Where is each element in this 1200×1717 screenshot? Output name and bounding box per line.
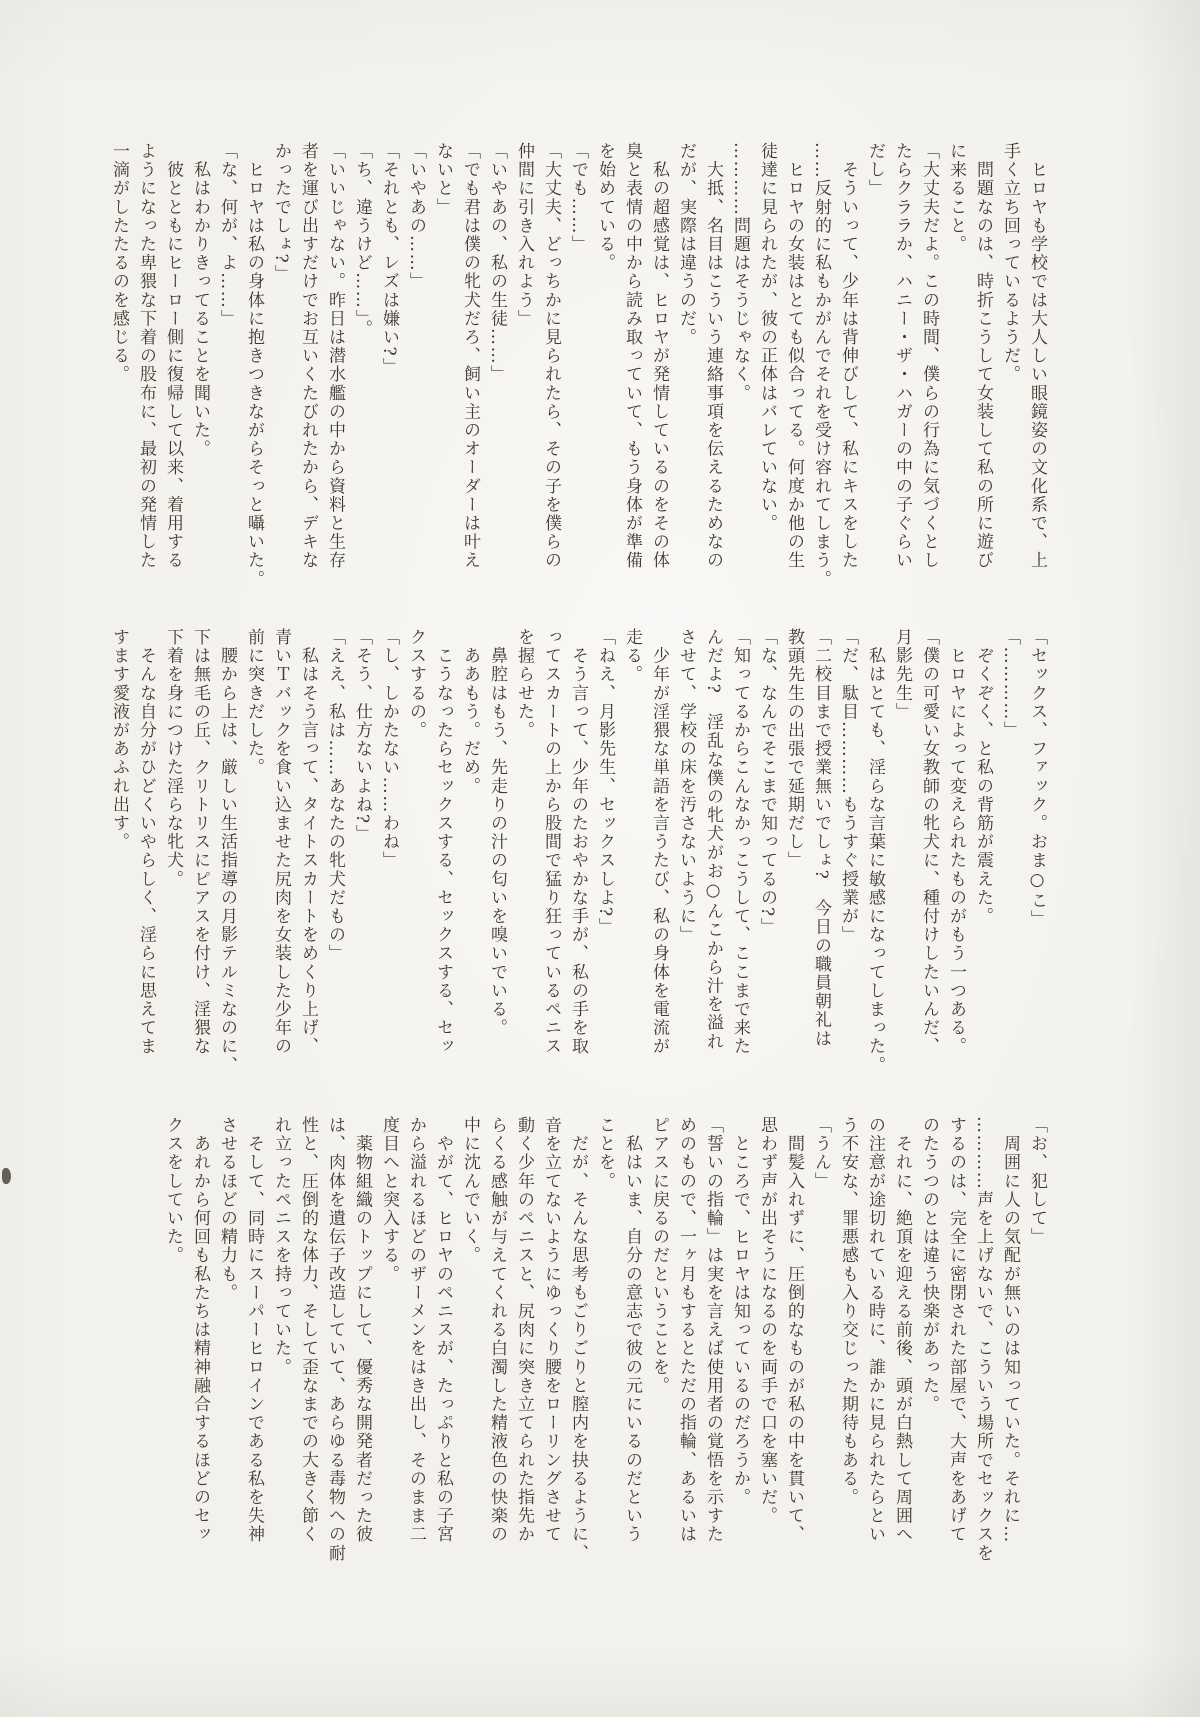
text-column: だが、そんな思考もごりごりと膣内を抉るように、 [564,1116,591,1566]
text-column: 私はそう言って、タイトスカートをめくり上げ、 [294,628,321,1090]
text-column: 私はわかりきってることを聞いた。 [186,142,213,582]
text-column: 徒達に見られたが、彼の正体はバレていない。 [753,142,780,582]
text-column: ピアスに戻るのだということを。 [645,1116,672,1566]
text-column: う不安な、罪悪感も入り交じった期待もある。 [834,1116,861,1566]
text-column: させるほどの精力も。 [213,1116,240,1566]
text-column: らくる感触が与えてくれる白濁した精液色の快楽の [483,1116,510,1566]
text-block-bottom: 「お、犯して」 周囲に人の気配が無いのは知っていた。それに……………声を上げない… [159,1116,1050,1566]
text-column: 「でも……」 [564,142,591,582]
text-column: 周囲に人の気配が無いのは知っていた。それに… [996,1116,1023,1566]
text-column: ってスカートの上から股間で猛り狂っているペニス [537,628,564,1090]
text-column: 「それとも、レズは嫌い?」 [375,142,402,582]
text-block-top: ヒロヤも学校では大人しい眼鏡姿の文化系で、上手く立ち回っているようだ。 問題なの… [105,142,1050,582]
text-column: あれから何回も私たちは精神融合するほどのセッ [186,1116,213,1566]
text-column: させて、学校の床を汚さないように」 [672,628,699,1090]
text-column: 走る。 [618,628,645,1090]
text-column: 前に突きだした。 [240,628,267,1090]
text-column: ヒロヤの女装はとても似合ってる。何度か他の生 [780,142,807,582]
text-column: 下着を身につけた淫らな牝犬。 [159,628,186,1090]
text-column: 私はいま、自分の意志で彼の元にいるのだという [618,1116,645,1566]
text-column: 「だ、駄目…………もうすぐ授業が」 [834,628,861,1090]
text-column: 「でも君は僕の牝犬だろ、飼い主のオーダーは叶え [456,142,483,582]
text-column: ヒロヤによって変えられたものがもう一つある。 [942,628,969,1090]
text-column: やがて、ヒロヤのペニスが、たっぷりと私の子宮 [429,1116,456,1566]
text-column: 「僕の可愛い女教師の牝犬に、種付けしたいんだ、 [915,628,942,1090]
text-column: だが、実際は違うのだ。 [672,142,699,582]
text-column: …………声を上げないで、こういう場所でセックスを [969,1116,996,1566]
text-column: ようになった卑猥な下着の股布に、最初の発情した [132,142,159,582]
text-column: 「いいじゃない。昨日は潜水艦の中から資料と生存 [321,142,348,582]
text-column: 「大丈夫、どっちかに見られたら、その子を僕らの [537,142,564,582]
text-column: ないと」 [429,142,456,582]
text-column: かったでしょ?」 [267,142,294,582]
scanned-page: ヒロヤも学校では大人しい眼鏡姿の文化系で、上手く立ち回っているようだ。 問題なの… [0,0,1200,1717]
text-column: れ立ったペニスを持っていた。 [267,1116,294,1566]
text-column: 彼とともにヒーロー側に復帰して以来、着用する [159,142,186,582]
text-column: 腰から上は、厳しい生活指導の月影テルミなのに、 [213,628,240,1090]
text-column: 「お、犯して」 [1023,1116,1050,1566]
text-column: 思わず声が出そうになるのを両手で口を塞いだ。 [753,1116,780,1566]
text-column: クスをしていた。 [159,1116,186,1566]
text-column: ……反射的に私もかがんでそれを受け容れてしまう。 [807,142,834,582]
text-column: 月影先生」 [888,628,915,1090]
text-column: 薬物組織のトップにして、優秀な開発者だった彼 [348,1116,375,1566]
text-column: 臭と表情の中から読み取っていて、もう身体が準備 [618,142,645,582]
text-column: 私の超感覚は、ヒロヤが発情しているのをその体 [645,142,672,582]
text-column: 「そう、仕方ないよね?」 [348,628,375,1090]
text-column: そして、同時にスーパーヒロインである私を失神 [240,1116,267,1566]
text-column: …………問題はそうじゃなく。 [726,142,753,582]
text-column: 者を運び出すだけでお互いくたびれたから、デキな [294,142,321,582]
text-column: 「知ってるからこんなかっこうして、ここまで来た [726,628,753,1090]
text-column: 「な、なんでそこまで知ってるの?」 [753,628,780,1090]
text-column: 「セックス、ファック。おま○こ」 [1023,628,1050,1090]
text-column: 「誓いの指輪」は実を言えば使用者の覚悟を示すた [699,1116,726,1566]
text-column: そういって、少年は背伸びして、私にキスをした [834,142,861,582]
text-column: 私はとても、淫らな言葉に敏感になってしまった。 [861,628,888,1090]
scan-artifact-mark [2,1168,11,1184]
text-column: 少年が淫猥な単語を言うたび、私の身体を電流が [645,628,672,1090]
text-column: 一滴がしたたるのを感じる。 [105,142,132,582]
text-column: ヒロヤは私の身体に抱きつきながらそっと囁いた。 [240,142,267,582]
text-column: ああもう。だめ。 [456,628,483,1090]
text-column: 「うん」 [807,1116,834,1566]
text-column: 「ち、違うけど……」。 [348,142,375,582]
text-column: 「二校目まで授業無いでしょ? 今日の職員朝礼は [807,628,834,1090]
text-column: 「ねえ、月影先生、セックスしよ?」 [591,628,618,1090]
text-column: 性と、圧倒的な体力、そして歪なまでの大きく節く [294,1116,321,1566]
text-column: 「な、何が、よ……」 [213,142,240,582]
text-column: ぞくぞく、と私の背筋が震えた。 [969,628,996,1090]
text-column: 手く立ち回っているようだ。 [996,142,1023,582]
text-column: 「し、しかたない……わね」 [375,628,402,1090]
text-column: そんな自分がひどくいやらしく、淫らに思えてま [132,628,159,1090]
text-column: の注意が途切れている時に、誰かに見られたらとい [861,1116,888,1566]
text-column: ことを。 [591,1116,618,1566]
text-column: ヒロヤも学校では大人しい眼鏡姿の文化系で、上 [1023,142,1050,582]
text-column: ところで、ヒロヤは知っているのだろうか。 [726,1116,753,1566]
text-column: 音を立てないようにゆっくり腰をローリングさせて [537,1116,564,1566]
text-column: こうなったらセックスする、セックスする、セッ [429,628,456,1090]
text-column: は、肉体を遺伝子改造していて、あらゆる毒物への耐 [321,1116,348,1566]
text-column: すます愛液があふれ出す。 [105,628,132,1090]
text-column: 「大丈夫だよ。この時間、僕らの行為に気づくとし [915,142,942,582]
text-column: そう言って、少年のたおやかな手が、私の手を取 [564,628,591,1090]
text-column: 教頭先生の出張で延期だし」 [780,628,807,1090]
text-column: めのもので、一ヶ月もするとただの指輪、あるいは [672,1116,699,1566]
text-column: 仲間に引き入れよう」 [510,142,537,582]
text-column: に来ること。 [942,142,969,582]
text-column: 度目へと突入する。 [375,1116,402,1566]
text-column: 鼻腔はもう、先走りの汁の匂いを嗅いでいる。 [483,628,510,1090]
text-column: だし」 [861,142,888,582]
text-column: 「…………」 [996,628,1023,1090]
text-column: たらクララか、ハニー・ザ・ハガーの中の子ぐらい [888,142,915,582]
text-column: 問題なのは、時折こうして女装して私の所に遊び [969,142,996,582]
text-column: 動く少年のペニスと、尻肉に突き立てられた指先か [510,1116,537,1566]
text-column: を握らせた。 [510,628,537,1090]
text-column: 青いＴバックを食い込ませた尻肉を女装した少年の [267,628,294,1090]
text-column: 大抵、名目はこういう連絡事項を伝えるためなの [699,142,726,582]
text-column: するのは、完全に密閉された部屋で、大声をあげて [942,1116,969,1566]
text-column: それに、絶頂を迎える前後、頭が白熱して周囲へ [888,1116,915,1566]
text-column: 「いやあの、私の生徒……」 [483,142,510,582]
text-column: 下は無毛の丘、クリトリスにピアスを付け、淫猥な [186,628,213,1090]
text-column: んだよ? 淫乱な僕の牝犬がお○んこから汁を溢れ [699,628,726,1090]
text-column: 「いやあの……」 [402,142,429,582]
text-column: 間髪入れずに、圧倒的なものが私の中を貫いて、 [780,1116,807,1566]
text-column: クスするの。 [402,628,429,1090]
text-column: から溢れるほどのザーメンをはき出し、そのまま二 [402,1116,429,1566]
text-column: を始めている。 [591,142,618,582]
text-column: 中に沈んでいく。 [456,1116,483,1566]
text-block-middle: 「セックス、ファック。おま○こ」「…………」 ぞくぞく、と私の背筋が震えた。 ヒ… [105,628,1050,1090]
text-column: のたうつのとは違う快楽があった。 [915,1116,942,1566]
text-column: 「ええ、私は……あなたの牝犬だもの」 [321,628,348,1090]
